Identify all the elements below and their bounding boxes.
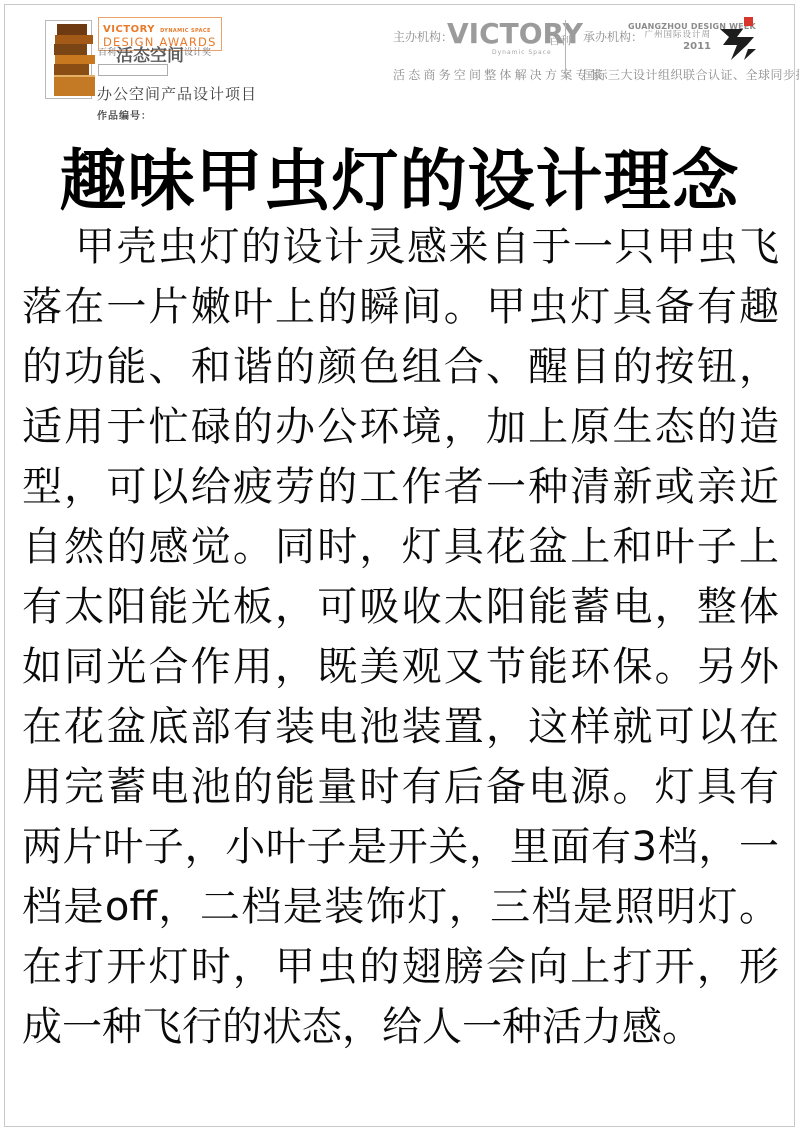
document-page: VICTORY DYNAMIC SPACE DESIGN AWARDS 百利活态… <box>0 0 799 1131</box>
entry-number-label: 作品编号： <box>97 107 152 122</box>
award-cn-suffix: 设计奖 <box>184 48 211 58</box>
victory-brand-sub: Dynamic Space <box>492 49 552 56</box>
award-cn-main: 活态空间 <box>116 46 184 66</box>
gzdw-name-cn: 广州国际设计周 <box>628 31 711 41</box>
trophy-box-segment <box>57 24 87 35</box>
trophy-box-segment <box>54 75 95 96</box>
article-paragraph: 甲壳虫灯的设计灵感来自于一只甲虫飞落在一片嫩叶上的瞬间。甲虫灯具备有趣的功能、和… <box>22 217 779 1057</box>
awards-logo-brand-sub: DYNAMIC SPACE <box>160 28 211 34</box>
award-trophy-graphic <box>45 20 92 99</box>
trophy-box-segment <box>54 64 89 75</box>
gzdw-year: 2011 <box>628 41 711 53</box>
gzdw-logo-text: GUANGZHOU DESIGN WEEK 广州国际设计周 2011 <box>628 22 711 52</box>
gzdw-runner-icon <box>718 17 758 61</box>
article-title: 趣味甲虫灯的设计理念 <box>0 128 799 224</box>
trophy-box-segment <box>55 35 93 44</box>
co-organizer-tagline: 国际三大设计组织联合认证、全球同步推广平台 <box>583 66 799 83</box>
organizer-tagline: 活态商务空间整体解决方案专家 <box>393 66 606 83</box>
victory-brand-cn: 百利 <box>549 32 571 48</box>
awards-logo-brand: VICTORY <box>103 24 155 35</box>
header-divider <box>565 20 566 78</box>
trophy-box-segment <box>54 44 87 55</box>
organizer-label: 主办机构： <box>393 28 453 45</box>
entry-number-box <box>98 64 168 76</box>
award-chinese-name: 百利活态空间设计奖 <box>98 41 211 66</box>
trophy-box-segment <box>55 55 95 64</box>
award-cn-prefix: 百利 <box>98 48 116 58</box>
project-category-label: 办公空间产品设计项目 <box>97 83 257 104</box>
